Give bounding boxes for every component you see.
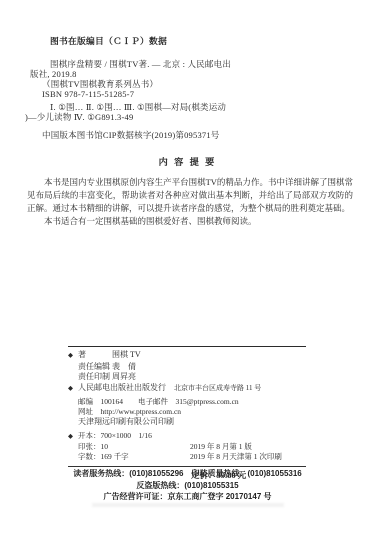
word-count-label: 字数：169 千字	[78, 452, 190, 462]
abstract-heading: 内 容 提 要	[0, 156, 375, 168]
colophon-block: ◆ 著 围棋 TV 责任编辑 裴 倩 责任印制 周昇亮 ◆ 人民邮电出版社出版发…	[68, 346, 306, 481]
sheets-row: 印张：10 2019 年 8 月第 1 版	[68, 442, 306, 452]
abstract-paragraph-2: 本书适合有一定围棋基础的围棋爱好者、围棋教师阅读。	[27, 215, 353, 228]
cip-line-series: （围棋TV围棋教育系列丛书）	[42, 79, 357, 89]
website-row: 网址 http://www.ptpress.com.cn	[68, 407, 306, 417]
ad-license-line: 广告经营许可证：京东工商广登字 20170147 号	[0, 491, 375, 503]
printer-value: 天津翔远印刷有限公司印刷	[78, 417, 174, 427]
copyright-page: { "cip": { "title": "图书在版编目（ＣＩＰ）数据", "li…	[0, 0, 375, 534]
cip-line-book-title: 围棋序盘精要 / 围棋TV著. — 北京 : 人民邮电出	[50, 59, 357, 69]
cip-line-classification-2: )—少儿读物 Ⅳ. ①G891.3-49	[25, 112, 357, 122]
cip-title: 图书在版编目（ＣＩＰ）数据	[50, 36, 357, 46]
cip-line-record-number: 中国版本图书馆CIP数据核字(2019)第095371号	[42, 130, 357, 140]
postcode-email-row: 邮编 100164 电子邮件 315@ptpress.com.cn	[68, 397, 306, 407]
author-row: ◆ 著 围棋 TV	[68, 347, 306, 361]
editor-row: 责任编辑 裴 倩	[68, 362, 306, 372]
author-label: 著	[78, 350, 112, 360]
abstract-paragraph-1: 本书是国内专业围棋原创内容生产平台围棋TV的精品力作。书中详细讲解了围棋常见布局…	[27, 176, 353, 215]
diamond-bullet-icon: ◆	[68, 384, 78, 394]
format-row: ◆ 开本：700×1000 1/16	[68, 431, 306, 442]
cip-line-isbn: ISBN 978-7-115-51285-7	[42, 89, 357, 99]
colophon-divider	[68, 466, 306, 467]
postcode-email-value: 邮编 100164 电子邮件 315@ptpress.com.cn	[78, 397, 239, 407]
sheets-label: 印张：10	[78, 442, 190, 452]
service-hotline-line: 读者服务热线：(010)81055296 印装质量热线：(010)8105531…	[0, 468, 375, 480]
printer-row: 天津翔远印刷有限公司印刷	[68, 417, 306, 427]
print-supervisor-label: 责任印制	[78, 372, 112, 382]
word-count-row: 字数：169 千字 2019 年 8 月天津第 1 次印刷	[68, 452, 306, 462]
anti-piracy-hotline-line: 反盗版热线：(010)81055315	[0, 480, 375, 492]
publisher-row: ◆ 人民邮电出版社出版发行 北京市丰台区成寿寺路 11 号	[68, 383, 306, 394]
editor-value: 裴 倩	[112, 362, 136, 372]
cip-line-publisher-year: 版社, 2019.8	[30, 69, 357, 79]
edition-value: 2019 年 8 月第 1 版	[190, 442, 252, 452]
cip-block: 图书在版编目（ＣＩＰ）数据 围棋序盘精要 / 围棋TV著. — 北京 : 人民邮…	[25, 36, 357, 140]
publisher-address: 北京市丰台区成寿寺路 11 号	[174, 383, 261, 393]
printing-value: 2019 年 8 月天津第 1 次印刷	[190, 452, 282, 462]
author-value: 围棋 TV	[112, 350, 141, 360]
print-supervisor-row: 责任印制 周昇亮	[68, 372, 306, 382]
editor-label: 责任编辑	[78, 362, 112, 372]
publisher-name: 人民邮电出版社出版发行	[78, 383, 166, 393]
abstract-section: 内 容 提 要 本书是国内专业围棋原创内容生产平台围棋TV的精品力作。书中详细讲…	[0, 156, 375, 228]
website-value: 网址 http://www.ptpress.com.cn	[78, 407, 181, 417]
cip-line-classification-1: Ⅰ. ①围… Ⅱ. ①围… Ⅲ. ①围棋—对局(棋类运动	[50, 102, 357, 112]
diamond-bullet-icon: ◆	[68, 432, 78, 442]
format-value: 开本：700×1000 1/16	[78, 431, 152, 441]
diamond-bullet-icon: ◆	[68, 351, 78, 361]
hotlines-block: 读者服务热线：(010)81055296 印装质量热线：(010)8105531…	[0, 468, 375, 503]
abstract-body: 本书是国内专业围棋原创内容生产平台围棋TV的精品力作。书中详细讲解了围棋常见布局…	[27, 176, 353, 228]
print-supervisor-value: 周昇亮	[112, 372, 136, 382]
page-showthrough-artifact	[92, 503, 284, 507]
